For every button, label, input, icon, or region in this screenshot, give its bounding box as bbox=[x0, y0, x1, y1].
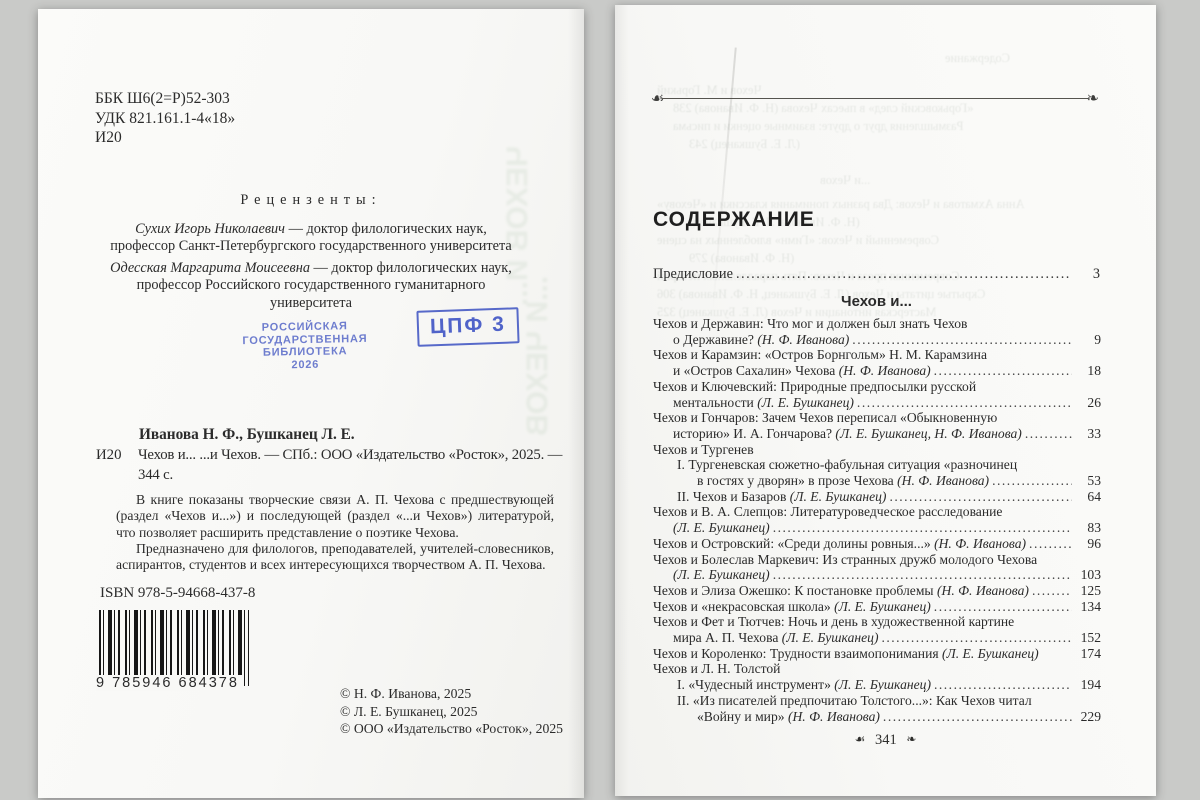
toc-line: Чехов и Элиза Ожешко: К постановке пробл… bbox=[653, 583, 1101, 599]
catalog-index: И20 bbox=[96, 446, 138, 485]
floral-ornament-icon: ❧ bbox=[1086, 91, 1099, 106]
floral-ornament-icon: ☙ bbox=[855, 732, 866, 746]
dot-leader bbox=[881, 630, 1072, 646]
toc-page-number: 194 bbox=[1075, 677, 1101, 693]
toc-page-number: 134 bbox=[1075, 599, 1101, 615]
dot-leader bbox=[934, 599, 1072, 615]
toc-line: историю» И. А. Гончарова? (Л. Е. Бушкане… bbox=[653, 426, 1101, 442]
toc-line: Чехов и Болеслав Маркевич: Из странных д… bbox=[653, 552, 1101, 568]
folio-page-number: 341 bbox=[875, 732, 897, 748]
header-ornament-rule: ☙ ❧ bbox=[651, 91, 1099, 106]
contents-title: СОДЕРЖАНИЕ bbox=[653, 208, 815, 232]
dot-leader bbox=[934, 363, 1072, 379]
toc-line: Чехов и «некрасовская школа» (Л. Е. Бушк… bbox=[653, 599, 1101, 615]
catalog-description: Чехов и... ...и Чехов. — СПб.: ООО «Изда… bbox=[138, 446, 578, 485]
reviewer-1-line-1: Сухих Игорь Николаевич — доктор филологи… bbox=[101, 221, 521, 239]
dot-leader bbox=[934, 677, 1072, 693]
toc-page-number: 9 bbox=[1075, 332, 1101, 348]
copyright-line-2: © Л. Е. Бушканец, 2025 bbox=[340, 703, 563, 721]
dot-leader bbox=[1029, 536, 1072, 552]
toc-page-number: 53 bbox=[1075, 473, 1101, 489]
annotation-paragraph-1: В книге показаны творческие связи А. П. … bbox=[116, 492, 554, 541]
toc-line: (Л. Е. Бушканец)103 bbox=[653, 567, 1101, 583]
copyright-line-1: © Н. Ф. Иванова, 2025 bbox=[340, 685, 563, 703]
cpf-stamp: ЦПФ 3 bbox=[416, 307, 519, 347]
toc-page-number: 103 bbox=[1075, 567, 1101, 583]
page-right-toc: СодержаниеЧехов и М. Горький«Горьковский… bbox=[615, 5, 1156, 796]
toc-line: Чехов и Короленко: Трудности взаимопоним… bbox=[653, 646, 1101, 662]
ean13-barcode: 9 785946 684378 bbox=[96, 610, 250, 691]
toc-page-number: 83 bbox=[1075, 520, 1101, 536]
showthrough-line: ...и Чехов bbox=[820, 173, 870, 188]
dot-leader bbox=[992, 473, 1072, 489]
reviewer-1-name: Сухих Игорь Николаевич bbox=[135, 221, 285, 237]
dot-leader bbox=[857, 395, 1072, 411]
toc-line: «Войну и мир» (Н. Ф. Иванова)229 bbox=[653, 709, 1101, 725]
toc-line: Чехов и Л. Н. Толстой bbox=[653, 661, 1101, 677]
copyright-block: © Н. Ф. Иванова, 2025 © Л. Е. Бушканец, … bbox=[340, 685, 563, 738]
toc-line: II. «Из писателей предпочитаю Толстого..… bbox=[653, 693, 1101, 709]
showthrough-line: Современный и Чехов: «Гимн» влюбленных н… bbox=[657, 233, 939, 248]
showthrough-line: Содержание bbox=[945, 51, 1010, 66]
dot-leader bbox=[852, 332, 1072, 348]
library-stamp-year: 2026 bbox=[221, 357, 389, 372]
reviewer-1-line-2: профессор Санкт-Петербургского государст… bbox=[101, 238, 521, 256]
reviewers-title: Рецензенты: bbox=[101, 192, 521, 210]
reviewer-1-degree: — доктор филологических наук, bbox=[285, 221, 487, 237]
toc-line: в гостях у дворян» в прозе Чехова (Н. Ф.… bbox=[653, 473, 1101, 489]
toc-page-number: 26 bbox=[1075, 395, 1101, 411]
ornament-line bbox=[662, 98, 1088, 99]
floral-ornament-icon: ❧ bbox=[906, 732, 916, 746]
section-heading: Чехов и... bbox=[653, 293, 1100, 310]
toc-line: Чехов и Карамзин: «Остров Борнгольм» Н. … bbox=[653, 347, 1101, 363]
toc-line: Чехов и Фет и Тютчев: Ночь и день в худо… bbox=[653, 614, 1101, 630]
bbk-code: ББК Ш6(2=Р)52-303 bbox=[95, 89, 235, 109]
toc-page-number: 125 bbox=[1075, 583, 1101, 599]
author-sign-code: И20 bbox=[95, 128, 235, 148]
reviewer-2-line-2: профессор Российского государственного г… bbox=[101, 277, 521, 295]
toc-page-number: 18 bbox=[1075, 363, 1101, 379]
annotation: В книге показаны творческие связи А. П. … bbox=[116, 492, 554, 573]
isbn-number: ISBN 978-5-94668-437-8 bbox=[100, 585, 255, 602]
catalog-line-1: Чехов и... ...и Чехов. — СПб.: ООО «Изда… bbox=[138, 446, 578, 466]
toc-page-number: 64 bbox=[1075, 489, 1101, 505]
catalog-line-2: 344 с. bbox=[138, 466, 578, 486]
toc-line: ментальности (Л. Е. Бушканец)26 bbox=[653, 395, 1101, 411]
toc-line: Чехов и Тургенев bbox=[653, 442, 1101, 458]
toc-page-number: 229 bbox=[1075, 709, 1101, 725]
preface-label: Предисловие bbox=[653, 266, 733, 283]
dot-leader bbox=[773, 520, 1072, 536]
toc-line: и «Остров Сахалин» Чехова (Н. Ф. Иванова… bbox=[653, 363, 1101, 379]
reviewer-2-degree: — доктор филологических наук, bbox=[310, 260, 512, 276]
toc-line: Чехов и В. А. Слепцов: Литературоведческ… bbox=[653, 504, 1101, 520]
library-stamp: РОССИЙСКАЯ ГОСУДАРСТВЕННАЯ БИБЛИОТЕКА 20… bbox=[221, 320, 390, 373]
annotation-paragraph-2: Предназначено для филологов, преподавате… bbox=[116, 541, 554, 574]
reviewers-block: Рецензенты: Сухих Игорь Николаевич — док… bbox=[101, 192, 521, 313]
authors-heading: Иванова Н. Ф., Бушканец Л. Е. bbox=[139, 426, 355, 444]
dot-leader bbox=[773, 567, 1072, 583]
preface-page-number: 3 bbox=[1074, 266, 1100, 283]
toc-line: (Л. Е. Бушканец)83 bbox=[653, 520, 1101, 536]
toc-line: II. Чехов и Базаров (Л. Е. Бушканец) 64 bbox=[653, 489, 1101, 505]
toc-list: Чехов и Державин: Что мог и должен был з… bbox=[653, 316, 1101, 724]
page-left-imprint: ЧЕХОВ И... ...И ЧЕХОВ ББК Ш6(2=Р)52-303 … bbox=[38, 9, 584, 798]
showthrough-line: Размышления друг о друге: взаимные оценк… bbox=[673, 119, 963, 134]
showthrough-line: (Л. Е. Бушканец) 243 bbox=[689, 137, 800, 152]
toc-page-number: 33 bbox=[1075, 426, 1101, 442]
toc-page-number: 152 bbox=[1075, 630, 1101, 646]
preface-entry: Предисловие 3 bbox=[653, 266, 1100, 283]
toc-line: I. Тургеневская сюжетно-фабульная ситуац… bbox=[653, 457, 1101, 473]
catalog-entry: И20 Чехов и... ...и Чехов. — СПб.: ООО «… bbox=[96, 446, 578, 485]
dot-leader bbox=[1032, 583, 1072, 599]
reviewer-2-name: Одесская Маргарита Моисеевна bbox=[110, 260, 310, 276]
barcode-digits: 9 785946 684378 bbox=[96, 675, 243, 691]
dot-leader bbox=[883, 709, 1072, 725]
toc-line: I. «Чудесный инструмент» (Л. Е. Бушканец… bbox=[653, 677, 1101, 693]
toc-line: Чехов и Гончаров: Зачем Чехов переписал … bbox=[653, 410, 1101, 426]
dot-leader bbox=[736, 266, 1071, 283]
page-footer: ☙ 341 ❧ bbox=[615, 732, 1156, 749]
dot-leader bbox=[889, 489, 1072, 505]
toc-line: Чехов и Ключевский: Природные предпосылк… bbox=[653, 379, 1101, 395]
copyright-line-3: © ООО «Издательство «Росток», 2025 bbox=[340, 720, 563, 738]
toc-page-number: 96 bbox=[1075, 536, 1101, 552]
toc-line: Чехов и Островский: «Среди долины ровныя… bbox=[653, 536, 1101, 552]
udk-code: УДК 821.161.1-4«18» bbox=[95, 109, 235, 129]
toc-page-number: 174 bbox=[1075, 646, 1101, 662]
showthrough-line: (Н. Ф. Иванова) 279 bbox=[689, 251, 794, 266]
toc-line: мира А. П. Чехова (Л. Е. Бушканец) 152 bbox=[653, 630, 1101, 646]
reviewer-2-line-1: Одесская Маргарита Моисеевна — доктор фи… bbox=[101, 260, 521, 278]
dot-leader bbox=[1025, 426, 1072, 442]
cataloguing-codes: ББК Ш6(2=Р)52-303 УДК 821.161.1-4«18» И2… bbox=[95, 89, 235, 148]
showthrough-cover-title: ...И ЧЕХОВ bbox=[521, 276, 555, 436]
toc-line: о Державине? (Н. Ф. Иванова)9 bbox=[653, 332, 1101, 348]
toc-line: Чехов и Державин: Что мог и должен был з… bbox=[653, 316, 1101, 332]
